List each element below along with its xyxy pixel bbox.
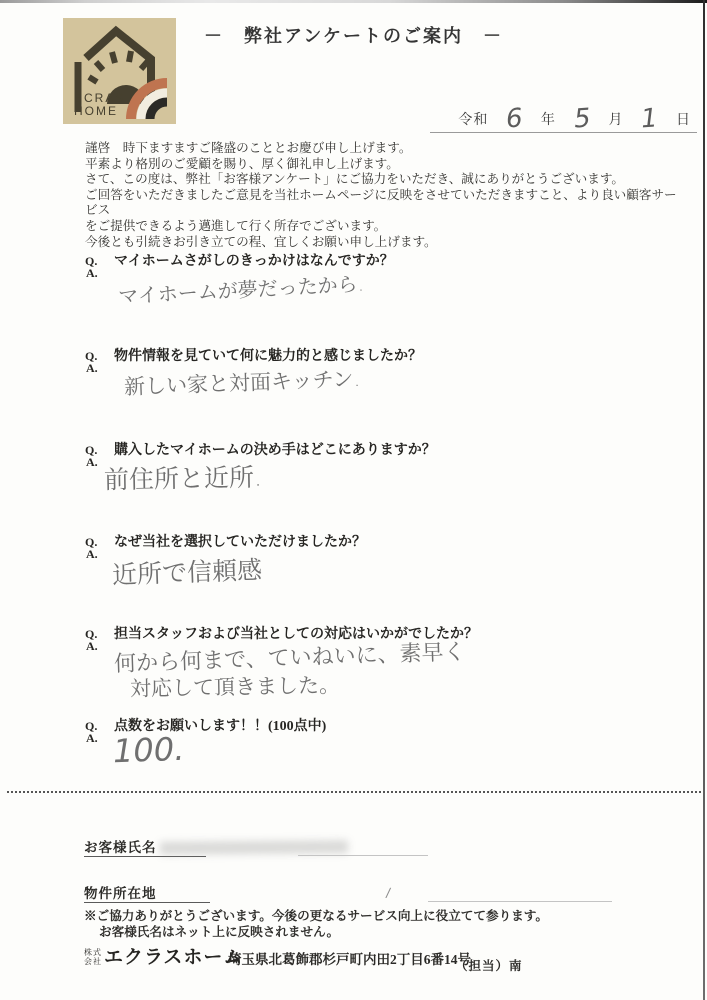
greeting-line: をご提供できるよう邁進して行く所存でございます。 [85,219,685,235]
privacy-note: お客様氏名はネット上に反映されません。 [99,921,339,940]
question-text: 購入したマイホームの決め手はどこにありますか？ [114,443,436,458]
day-unit: 日 [670,109,697,130]
a-label: A. [86,361,98,376]
company-prefix: 株式 会社 [84,949,102,966]
greeting-line: 今後とも引続きお引き立ての程、宜しくお願い申し上げます。 [85,235,685,251]
customer-name-label-underline [84,856,206,857]
question-text: 物件情報を見ていて何に魅力的と感じましたか？ [114,349,422,364]
question-block-3: Q.購入したマイホームの決め手はどこにありますか？ A. 前住所と近所. [0,439,707,531]
greeting-paragraph: 謹啓 時下ますますご隆盛のこととお慶び申し上げます。 平素より格別のご愛顧を賜り… [85,141,685,250]
company-name: エクラスホーム [104,942,243,969]
handwritten-answer-line2: 対応して頂きました。 [130,669,340,703]
year-unit: 年 [535,109,562,130]
property-location-label: 物件所在地 [84,882,157,902]
handwritten-day: 1 [633,107,667,131]
era-label: 令和 [452,109,494,130]
month-unit: 月 [602,109,629,130]
property-location-label-underline [84,902,210,903]
greeting-line: ご回答をいただきましたご意見を当社ホームページに反映をさせていただきますこと、よ… [85,188,685,219]
dotted-divider [7,791,701,793]
greeting-line: 平素より格別のご愛顧を賜り、厚く御礼申し上げます。 [85,157,685,173]
a-label: A. [86,731,98,746]
redacted-customer-name [160,840,348,855]
property-location-entry-line [428,901,612,902]
a-label: A. [86,547,98,562]
stray-pen-mark: / [385,886,391,901]
logo-text-home: HOME [74,104,118,118]
question-block-2: Q.物件情報を見ていて何に魅力的と感じましたか？ A. 新しい家と対面キッチン. [0,345,707,439]
handwritten-answer: マイホームが夢だったから. [117,268,364,310]
greeting-line: 謹啓 時下ますますご隆盛のこととお慶び申し上げます。 [85,141,685,157]
date-line: 令和 6 年 5 月 1 日 [430,96,697,133]
scan-edge-top [0,0,707,3]
a-label: A. [86,266,98,281]
handwritten-answer: 前住所と近所. [104,458,263,497]
customer-name-label: お客様氏名 [84,836,157,856]
handwritten-year: 6 [498,107,532,131]
a-label: A. [86,639,98,654]
handwritten-month: 5 [565,107,599,131]
greeting-line: さて、この度は、弊社「お客様アンケート」にご協力をいただき、誠にありがとうござい… [85,172,685,188]
staff-in-charge: （担当）南 [455,956,523,974]
handwritten-score: 100. [112,730,185,770]
a-label: A. [86,455,98,470]
logo-text-ecras: ECRAS [74,91,125,105]
question-block-4: Q.なぜ当社を選択していただけましたか？ A. 近所で信頼感 [0,531,707,623]
question-text: マイホームさがしのきっかけはなんですか？ [114,254,394,269]
page-title: － 弊社アンケートのご案内 － [0,22,707,48]
question-block-1: Q.マイホームさがしのきっかけはなんですか？ A. マイホームが夢だったから. [0,250,707,345]
handwritten-answer: 新しい家と対面キッチン. [124,363,361,401]
question-block-6: Q.点数をお願いします！！(100点中) A. 100. [0,715,707,785]
company-address: 埼玉県北葛飾郡杉戸町内田2丁目6番14号 [228,948,471,968]
scanned-survey-page: ECRAS HOME － 弊社アンケートのご案内 － 令和 6 年 5 月 1 … [0,0,707,1000]
handwritten-answer: 近所で信頼感 [111,550,262,591]
question-block-5: Q.担当スタッフおよび当社としての対応はいかがでしたか？ A. 何から何まで、て… [0,623,707,715]
question-text: なぜ当社を選択していただけましたか？ [114,535,366,550]
customer-name-entry-line [298,855,428,856]
